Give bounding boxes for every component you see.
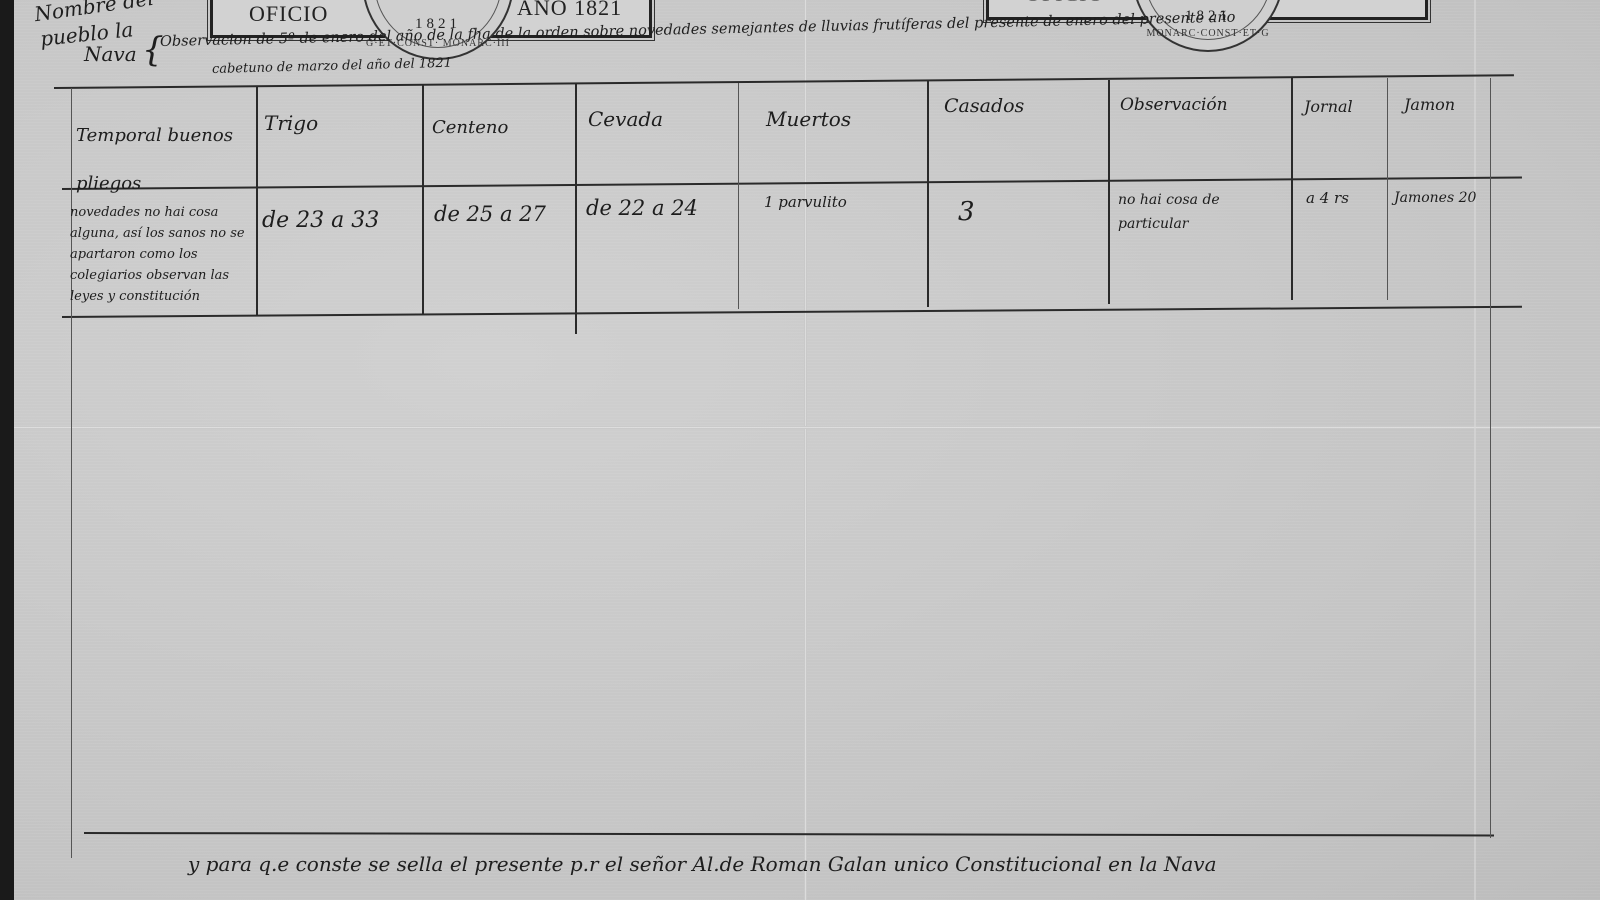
cell-observacion: no hai cosa de particular bbox=[1118, 188, 1288, 236]
right-fold-crease bbox=[1474, 0, 1476, 900]
cell-muertos: 1 parvulito bbox=[764, 194, 847, 211]
col-divider-2 bbox=[422, 85, 424, 315]
cell-centeno: de 25 a 27 bbox=[434, 202, 546, 226]
col-divider-4 bbox=[738, 83, 739, 309]
col-divider-6 bbox=[1108, 80, 1110, 304]
col-header-jornal: Jornal bbox=[1304, 98, 1353, 116]
footer-text: y para q.e conste se sella el presente p… bbox=[188, 852, 1217, 876]
stamp-right-oficio: OFICIO bbox=[1025, 0, 1104, 7]
table-body-rule bbox=[62, 306, 1522, 318]
stamp-left-year: AÑO 1821 bbox=[517, 0, 622, 21]
cell-jornal: a 4 rs bbox=[1306, 190, 1349, 207]
col-header-muertos: Muertos bbox=[766, 108, 851, 131]
stamp-left-oficio: OFICIO bbox=[249, 1, 328, 27]
manuscript-page: OFICIO AÑO 1821 1821 G·ET·CONST· MONARC·… bbox=[14, 0, 1600, 900]
header-line-2: cabetuno de marzo del año del 1821 bbox=[212, 56, 452, 77]
margin-note-line3: Nava bbox=[84, 42, 137, 66]
col-divider-3 bbox=[575, 84, 577, 334]
cell-cevada: de 22 a 24 bbox=[586, 196, 698, 220]
stamp-right-year: AÑO 1821 bbox=[1293, 0, 1398, 3]
col-header-jamon: Jamon bbox=[1404, 96, 1455, 114]
seal-right-legend: MONARC·CONST·ET·G bbox=[1134, 28, 1282, 39]
col-header-centeno: Centeno bbox=[432, 118, 508, 139]
table-bottom-rule bbox=[84, 832, 1494, 836]
table-header-rule bbox=[62, 177, 1522, 190]
col-divider-8 bbox=[1387, 78, 1388, 300]
vertical-fold-crease bbox=[804, 0, 807, 900]
col-header-casados: Casados bbox=[944, 96, 1024, 118]
col-header-trigo: Trigo bbox=[264, 112, 318, 135]
cell-jamon: Jamones 20 bbox=[1394, 190, 1476, 206]
table-top-rule bbox=[54, 74, 1514, 89]
col-header-temporal: Temporal buenos pliegos bbox=[76, 112, 246, 208]
col-header-observacion: Observación bbox=[1120, 96, 1228, 116]
table-right-border bbox=[1490, 78, 1491, 838]
col-divider-5 bbox=[927, 81, 929, 307]
cell-casados: 3 bbox=[958, 198, 975, 228]
cell-trigo: de 23 a 33 bbox=[262, 208, 379, 233]
cell-temporal: novedades no hai cosa alguna, así los sa… bbox=[70, 202, 260, 307]
horizontal-fold-crease bbox=[14, 426, 1600, 429]
col-header-cevada: Cevada bbox=[588, 108, 663, 131]
col-divider-7 bbox=[1291, 78, 1293, 300]
